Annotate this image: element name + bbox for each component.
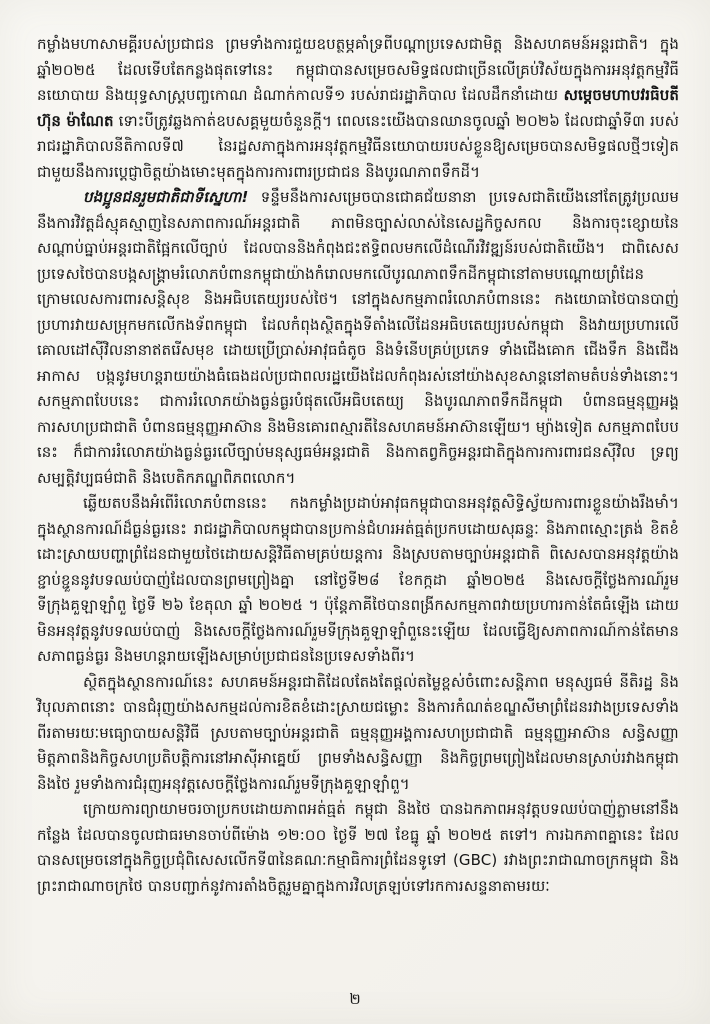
paragraph-2-text: ទន្ទឹមនឹងការសម្រេចបានជោគជ័យនានា ប្រទេសជា… xyxy=(37,188,679,487)
paragraph-3: ឆ្លើយតបនឹងអំពើរំលោភបំពាននេះ កងកម្លាំងប្រ… xyxy=(37,491,679,670)
scanned-document-page: កម្លាំងមហាសាមគ្គីរបស់ប្រជាជន ព្រមទាំងការ… xyxy=(0,0,710,1024)
paragraph-1: កម្លាំងមហាសាមគ្គីរបស់ប្រជាជន ព្រមទាំងការ… xyxy=(37,32,679,185)
document-body: កម្លាំងមហាសាមគ្គីរបស់ប្រជាជន ព្រមទាំងការ… xyxy=(37,32,679,899)
page-number: ២ xyxy=(0,990,710,1012)
paragraph-1-text-end: ទោះបីត្រូវឆ្លងកាត់ឧបសគ្គមួយចំនួនក្តី។ ពេ… xyxy=(37,112,679,181)
paragraph-5: ក្រោយការព្យាយាមចរចាប្រកបដោយភាពអត់ធ្មត់ ក… xyxy=(37,797,679,899)
salutation-dear-compatriots: បងប្អូនជនរួមជាតិជាទីស្នេហា! xyxy=(83,188,248,206)
paragraph-2: បងប្អូនជនរួមជាតិជាទីស្នេហា! ទន្ទឹមនឹងការ… xyxy=(37,185,679,491)
paragraph-4: ស្ថិតក្នុងស្ថានការណ៍នេះ សហគមន៍អន្តរជាតិដ… xyxy=(37,670,679,798)
